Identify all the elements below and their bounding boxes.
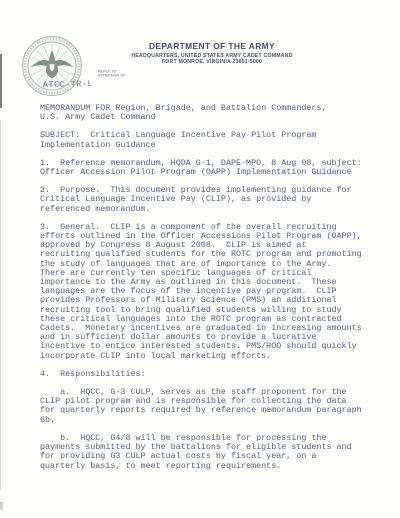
scan-artifact-corner-smudge bbox=[0, 502, 3, 510]
memorandum-page: DEPARTMENT OF THE ARMY HEADQUARTERS, UNI… bbox=[0, 0, 400, 518]
paragraph-4a-hqcc-g3-culp: a. HQCC, G-3 CULP, serves as the staff p… bbox=[40, 388, 376, 425]
paragraph-2-purpose: 2. Purpose. This document provides imple… bbox=[40, 186, 376, 214]
subject-block: SUBJECT: Critical Language Incentive Pay… bbox=[40, 131, 376, 149]
scan-artifact-left-edge bbox=[0, 54, 2, 108]
address-line: FORT MONROE, VIRGINIA 23651-5000 bbox=[52, 59, 372, 65]
paragraph-1-reference: 1. Reference memorandum, HQDA G-1, DAPE-… bbox=[40, 159, 376, 177]
memorandum-for-block: MEMORANDUM FOR Region, Brigade, and Batt… bbox=[40, 104, 376, 122]
paragraph-4-responsibilities: 4. Responsibilities: bbox=[40, 370, 376, 379]
reply-to-attention-note: REPLY TO ATTENTION OF bbox=[98, 70, 133, 78]
department-title: DEPARTMENT OF THE ARMY bbox=[52, 42, 372, 51]
memo-body: MEMORANDUM FOR Region, Brigade, and Batt… bbox=[40, 104, 376, 471]
letterhead: DEPARTMENT OF THE ARMY HEADQUARTERS, UNI… bbox=[52, 42, 372, 65]
office-symbol: ATCC-TR-L bbox=[43, 80, 93, 90]
scan-artifact-left-streak bbox=[0, 120, 1, 490]
paragraph-3-general: 3. General. CLIP is a component of the o… bbox=[40, 223, 376, 361]
reply-note-line2: ATTENTION OF bbox=[98, 74, 133, 78]
paragraph-4b-hqcc-g4-8: b. HQCC, G4/8 will be responsible for pr… bbox=[40, 434, 376, 471]
